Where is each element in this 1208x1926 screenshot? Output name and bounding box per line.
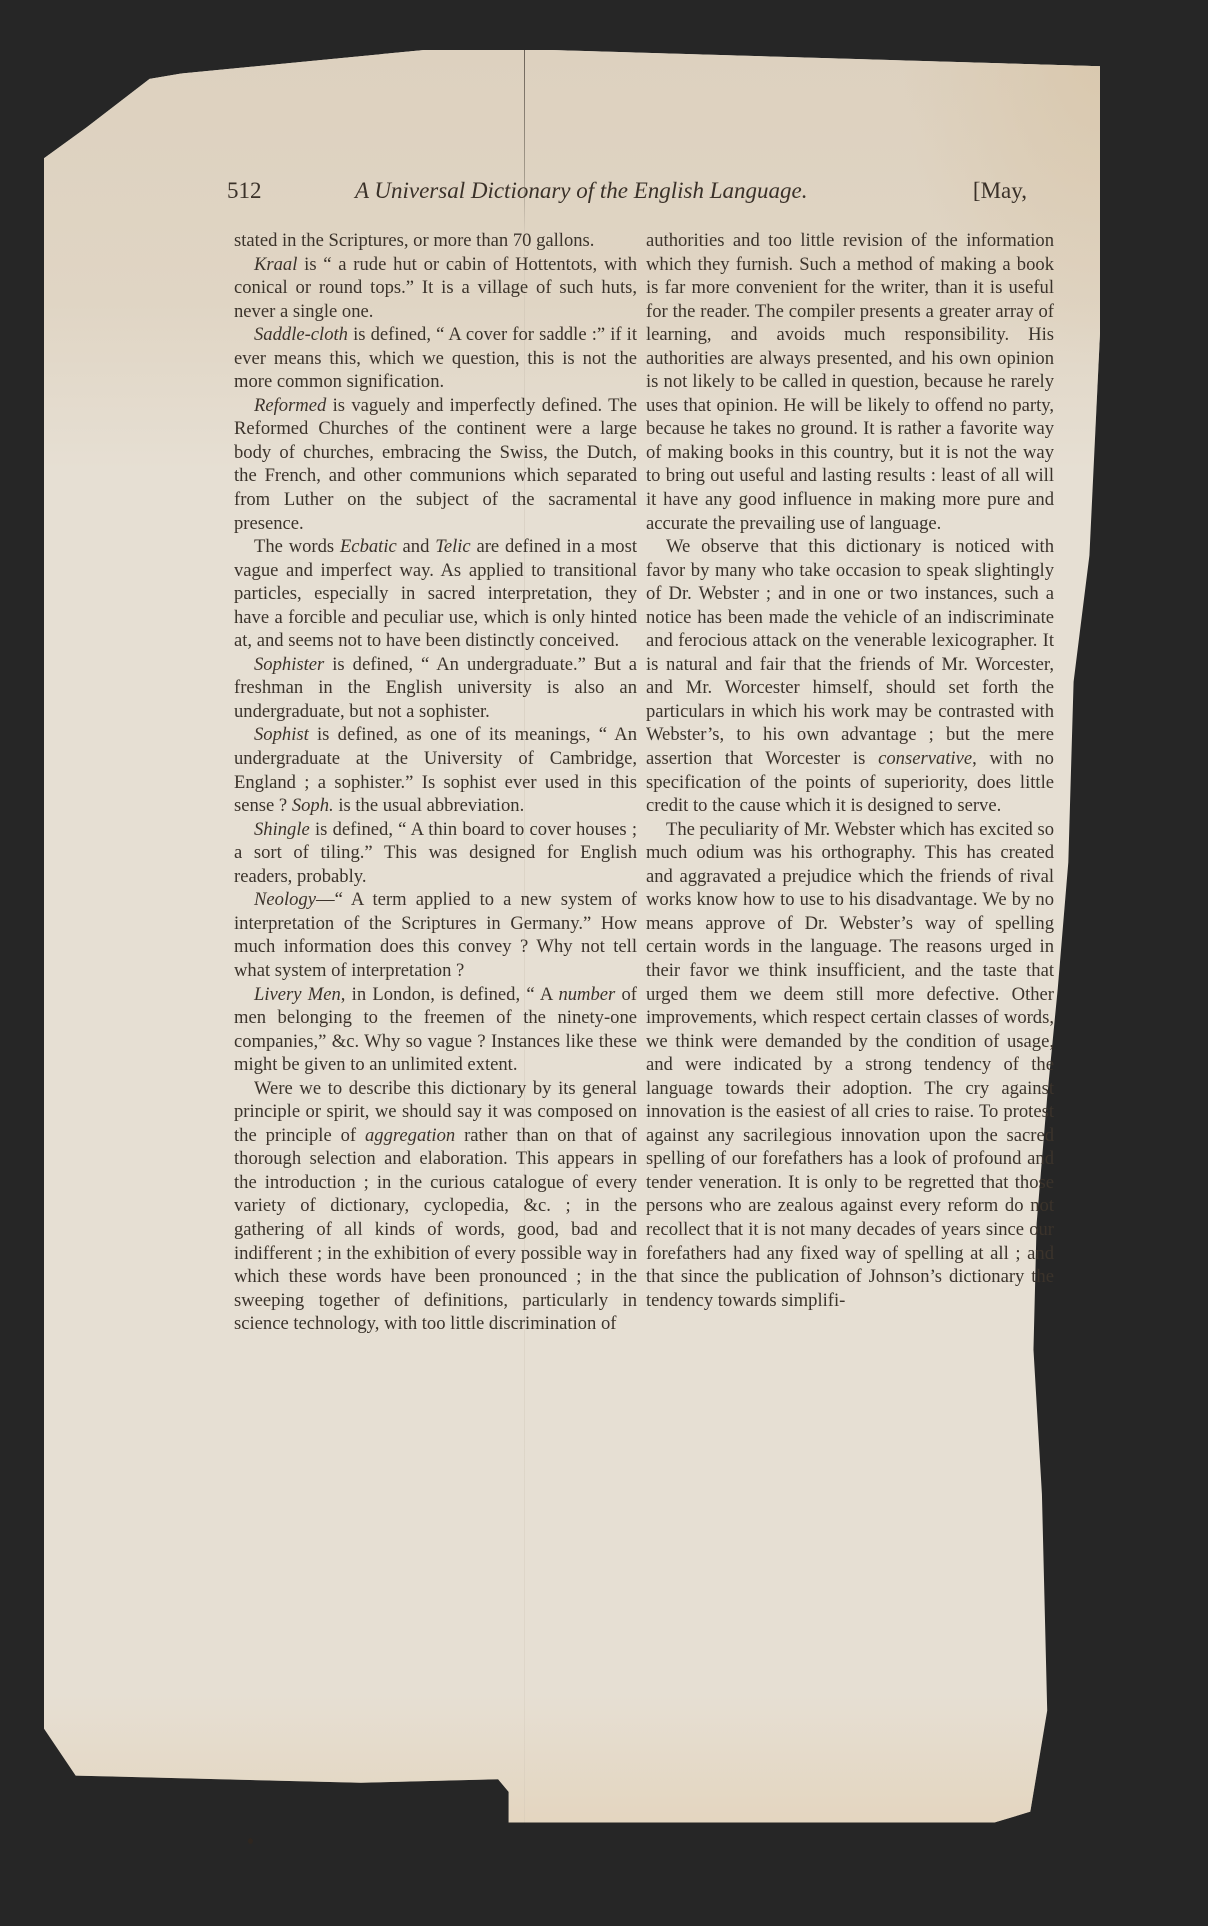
term: Kraal [254, 254, 297, 275]
page-number: 512 [227, 178, 262, 204]
running-header: 512 A Universal Dictionary of the Englis… [227, 178, 1017, 208]
paragraph-webster-notice: We observe that this dictionary is notic… [646, 535, 1054, 818]
term: Telic [435, 536, 470, 557]
term: Livery Men [254, 984, 341, 1005]
issue-month: [May, [973, 178, 1027, 204]
paragraph-ecbatic-telic: The words Ecbatic and Telic are defined … [234, 535, 637, 653]
paragraph-orthography: The peculiarity of Mr. Webster which has… [646, 818, 1054, 1312]
paragraph-neology: Neology—“ A term applied to a new system… [234, 888, 637, 982]
paragraph-reformed: Reformed is vaguely and imperfectly defi… [234, 394, 637, 535]
ink-speck [248, 1838, 253, 1844]
paragraph: authorities and too little revision of t… [646, 229, 1054, 535]
paragraph-livery-men: Livery Men, in London, is defined, “ A n… [234, 983, 637, 1077]
paragraph-sophister: Sophister is defined, “ An undergraduate… [234, 653, 637, 724]
right-column: authorities and too little revision of t… [646, 229, 1054, 1312]
paragraph-aggregation: Were we to describe this dictionary by i… [234, 1077, 637, 1336]
term: Saddle-cloth [254, 324, 348, 345]
term: Sophister [254, 654, 324, 675]
paragraph-shingle: Shingle is defined, “ A thin board to co… [234, 818, 637, 889]
paragraph: stated in the Scriptures, or more than 7… [234, 229, 637, 253]
paragraph-sophist: Sophist is defined, as one of its meanin… [234, 723, 637, 817]
water-stain-bottom [44, 1695, 1100, 1855]
term: Shingle [254, 819, 310, 840]
term: Reformed [254, 395, 326, 416]
paragraph-saddle-cloth: Saddle-cloth is defined, “ A cover for s… [234, 323, 637, 394]
term: Sophist [254, 724, 309, 745]
term: Ecbatic [340, 536, 397, 557]
running-title: A Universal Dictionary of the English La… [355, 178, 808, 204]
term: Neology [254, 889, 316, 910]
paragraph-kraal: Kraal is “ a rude hut or cabin of Hotten… [234, 253, 637, 324]
left-column: stated in the Scriptures, or more than 7… [234, 229, 637, 1336]
